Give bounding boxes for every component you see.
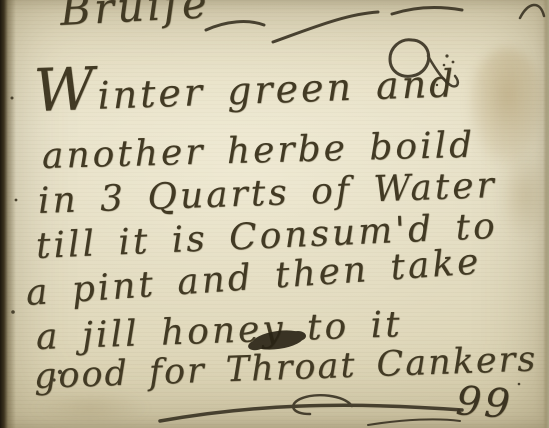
manuscript-line: Winter green and xyxy=(33,61,457,120)
bottom-flourish xyxy=(160,405,462,421)
ledger-stroke xyxy=(520,5,544,18)
bottom-flourish-understroke xyxy=(368,419,460,425)
bottom-flourish-loop xyxy=(293,395,352,414)
ledger-stroke xyxy=(273,12,378,42)
ledger-stroke xyxy=(392,7,462,14)
dash-after-title xyxy=(206,22,264,30)
page-number: 99 xyxy=(454,378,514,428)
book-gutter-edge xyxy=(0,0,16,428)
paper-stain xyxy=(498,150,549,240)
remedy-title: Bruiſe xyxy=(59,0,211,35)
manuscript-page: Bruiſe Winter green and another herbe bo… xyxy=(0,0,549,428)
paper-stain xyxy=(468,48,546,166)
